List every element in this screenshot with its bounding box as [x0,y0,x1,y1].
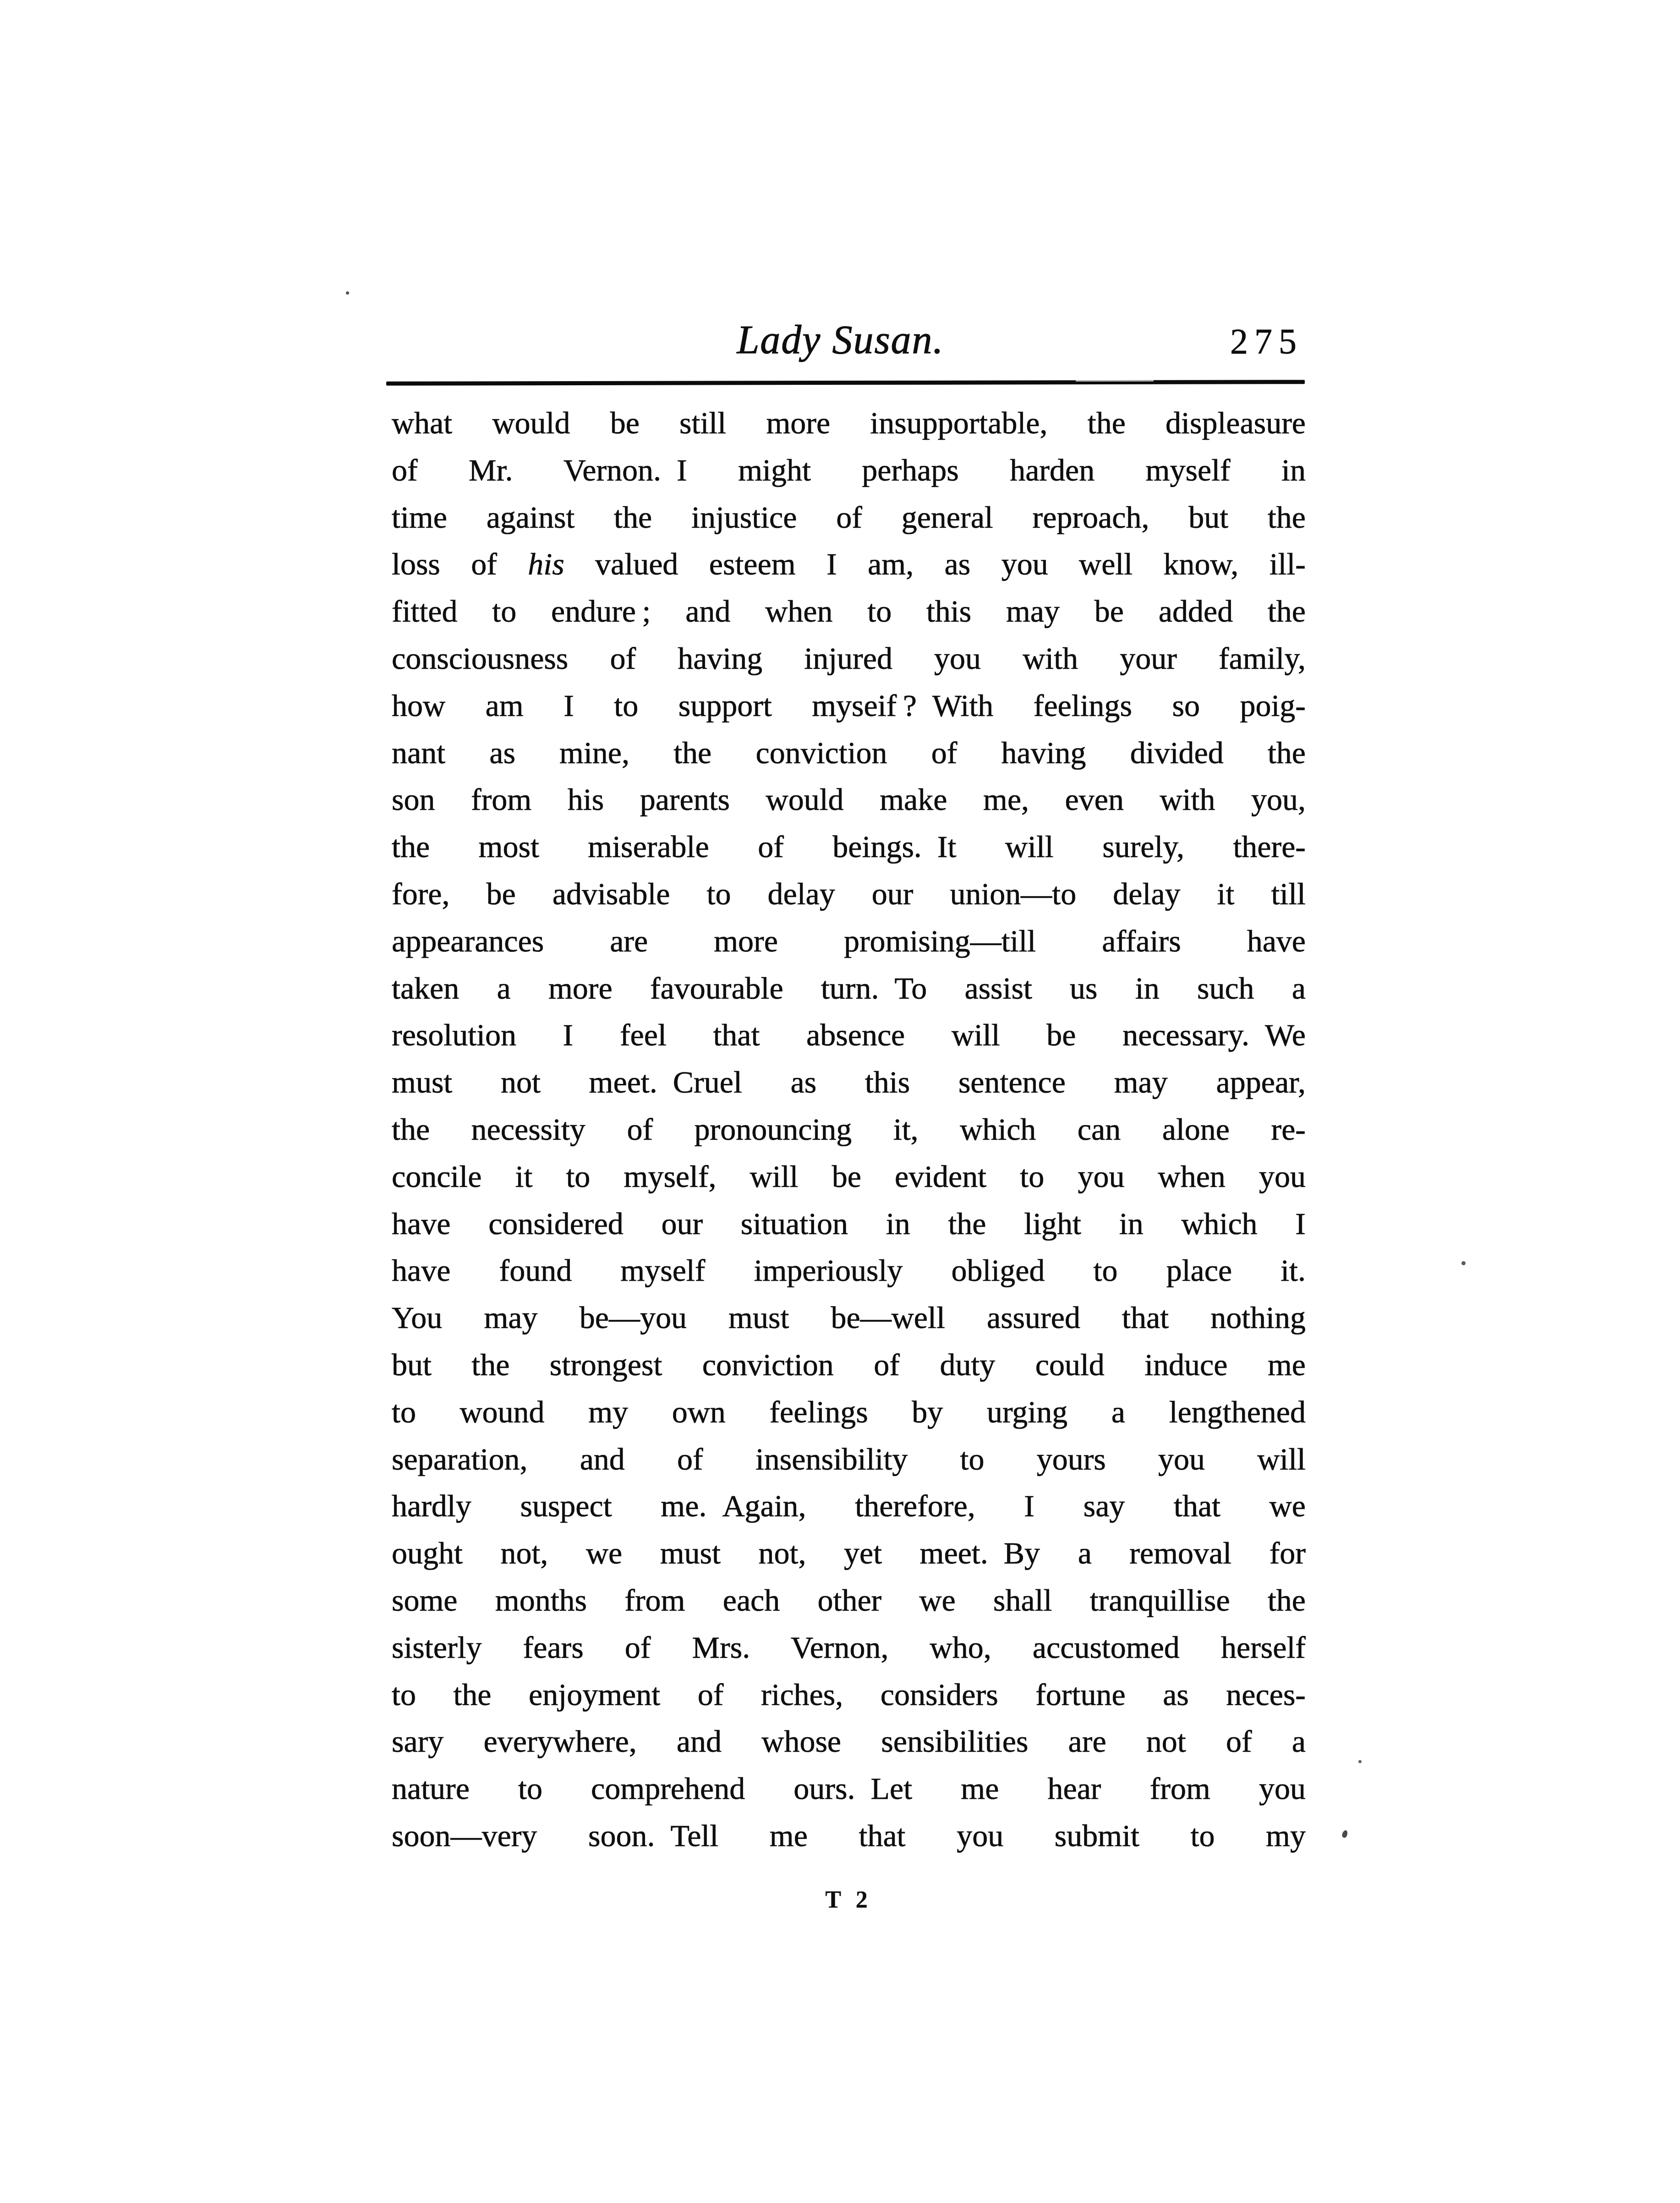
page-header: Lady Susan. 275 [392,317,1306,372]
text-line: son from his parents would make me, even… [392,776,1306,823]
text-line: of Mr. Vernon. I might perhaps harden my… [392,447,1306,494]
text-line: taken a more favourable turn. To assist … [392,965,1306,1012]
text-line: sisterly fears of Mrs. Vernon, who, accu… [392,1624,1306,1671]
text-line: some months from each other we shall tra… [392,1577,1306,1624]
text-line: nature to comprehend ours. Let me hear f… [392,1765,1306,1812]
letter-body: what would be still more insupportable, … [392,399,1306,1859]
text-line: separation, and of insensibility to your… [392,1436,1306,1483]
text-line: fore, be advisable to delay our union—to… [392,870,1306,918]
text-line: consciousness of having injured you with… [392,635,1306,682]
text-line: loss of his valued esteem I am, as you w… [392,541,1306,588]
text-line: hardly suspect me. Again, therefore, I s… [392,1482,1306,1530]
ink-speck [1358,1760,1362,1763]
text-line: have found myself imperiously obliged to… [392,1247,1306,1294]
text-segment: valued esteem I am, as you well know, il… [564,547,1306,581]
text-line: but the strongest conviction of duty cou… [392,1341,1306,1388]
text-line: soon—very soon. Tell me that you submit … [392,1812,1306,1859]
text-line: fitted to endure ; and when to this may … [392,588,1306,635]
text-line: nant as mine, the conviction of having d… [392,729,1306,776]
ink-speck [346,291,349,295]
ink-speck [1341,1830,1349,1839]
text-line: time against the injustice of general re… [392,494,1306,541]
text-line: resolution I feel that absence will be n… [392,1011,1306,1059]
italic-word: his [528,547,564,581]
text-line: must not meet. Cruel as this sentence ma… [392,1059,1306,1106]
text-line: to wound my own feelings by urging a len… [392,1388,1306,1436]
header-rule [386,380,1305,385]
running-title: Lady Susan. [383,317,1297,363]
book-page: Lady Susan. 275 what would be still more… [0,0,1680,2203]
text-line: You may be—you must be—well assured that… [392,1294,1306,1341]
text-line: the necessity of pronouncing it, which c… [392,1106,1306,1153]
text-line: how am I to support myseif ? With feelin… [392,682,1306,729]
ink-speck [1461,1261,1466,1265]
text-line: what would be still more insupportable, … [392,399,1306,447]
text-line: appearances are more promising—till affa… [392,918,1306,965]
text-segment: loss of [392,547,528,581]
text-line: have considered our situation in the lig… [392,1200,1306,1247]
signature-mark: T 2 [392,1886,1306,1913]
page-number: 275 [1230,321,1303,362]
text-line: the most miserable of beings. It will su… [392,823,1306,870]
text-line: ought not, we must not, yet meet. By a r… [392,1530,1306,1577]
text-line: concile it to myself, will be evident to… [392,1153,1306,1200]
text-line: to the enjoyment of riches, considers fo… [392,1671,1306,1718]
text-line: sary everywhere, and whose sensibilities… [392,1718,1306,1765]
